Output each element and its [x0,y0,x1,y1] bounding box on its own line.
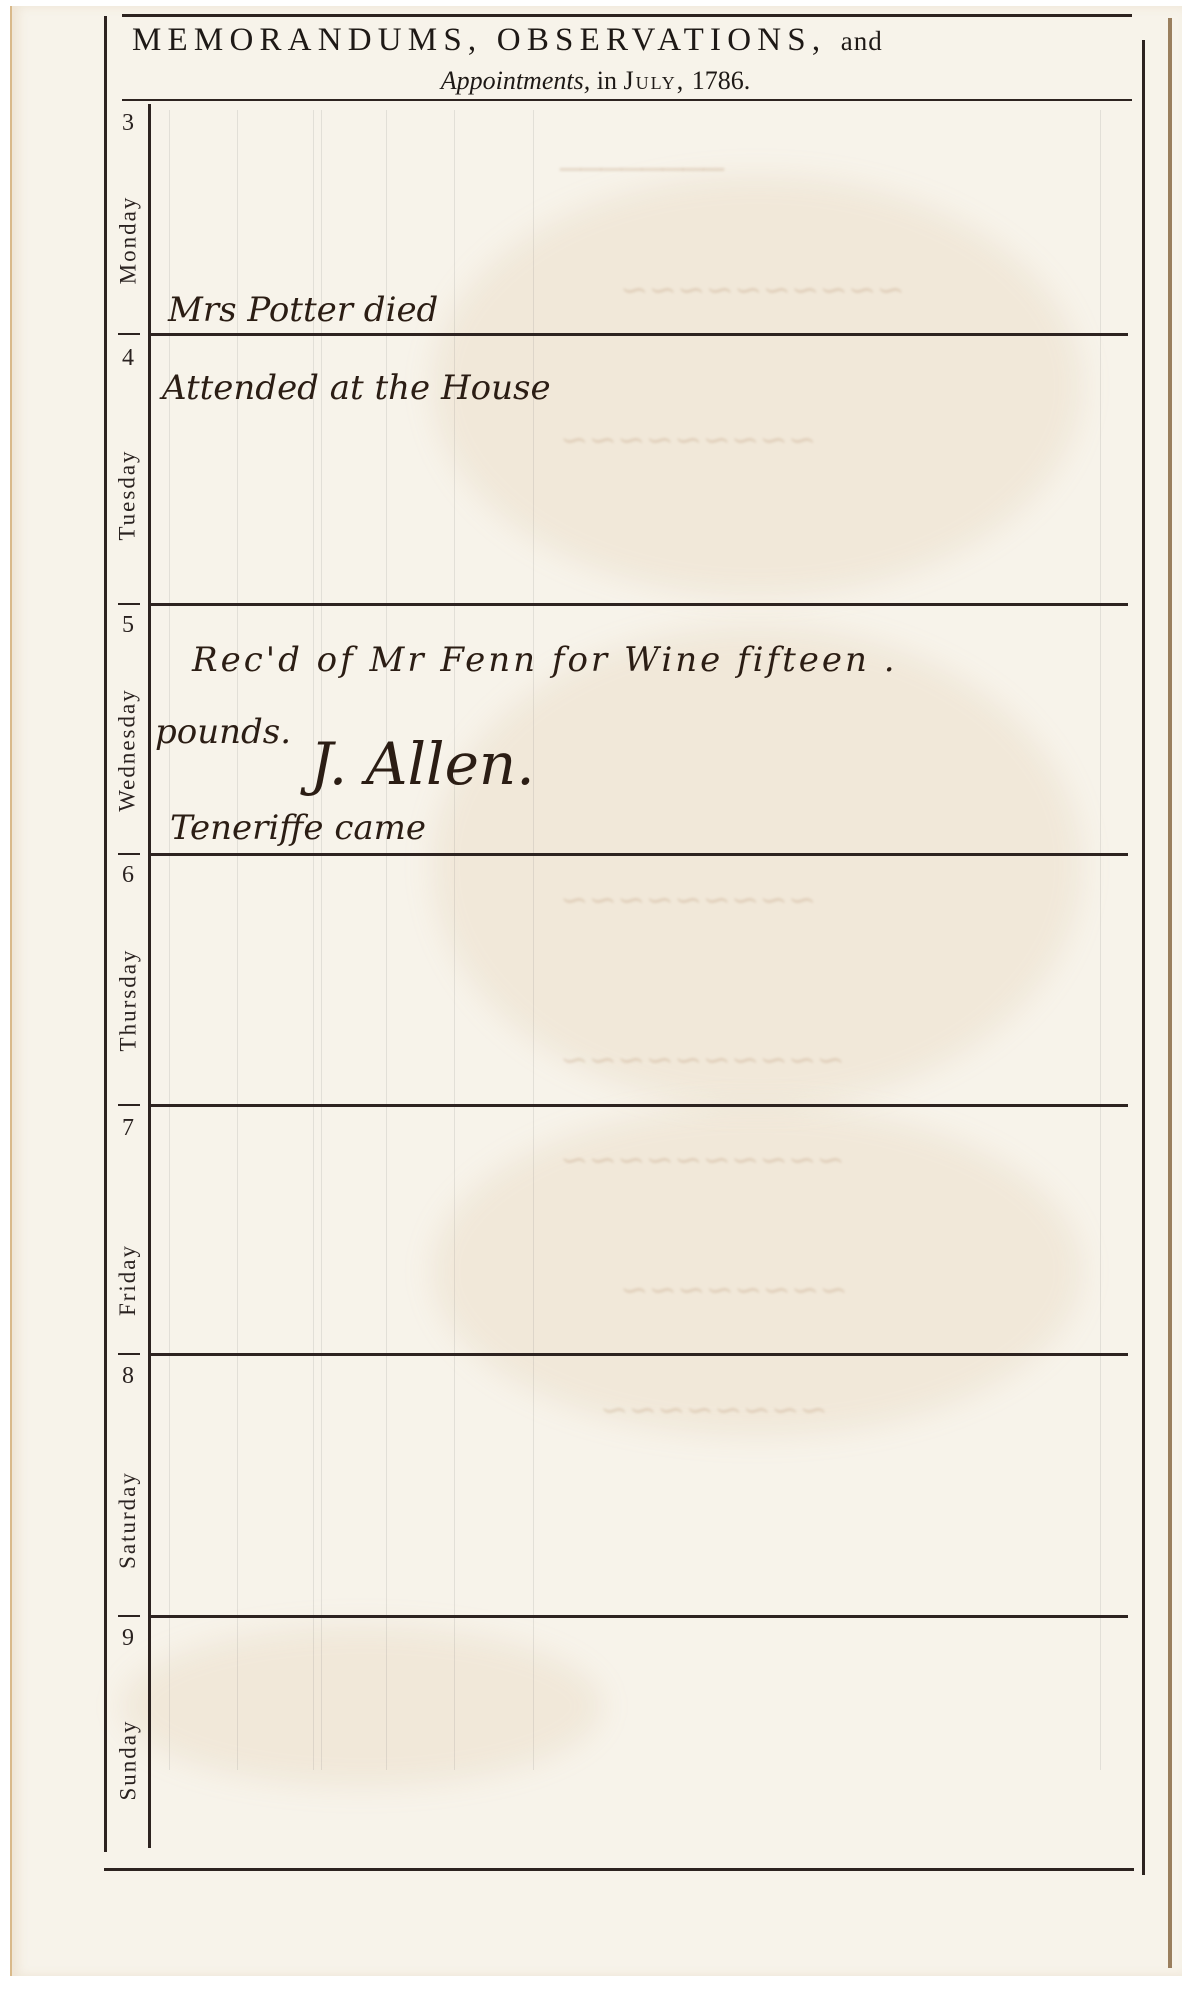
title-main: MEMORANDUMS, OBSERVATIONS, [132,22,826,58]
day-name: Thursday [108,910,148,1090]
ledger-column-line [237,110,238,1770]
day-name: Monday [108,150,148,330]
left-border [104,16,107,1852]
day-date: 8 [108,1363,148,1390]
ledger-column-line [321,110,322,1770]
day-name-label: Wednesday [115,688,141,811]
row-separator [150,853,1128,856]
day-date: 9 [108,1625,148,1652]
ledger-column-line [313,110,314,1770]
handwritten-entry: Mrs Potter died [168,290,438,330]
header-bottom-rule [122,99,1132,101]
row-separator [150,333,1128,336]
show-through-writing: ~~~~~~~~~~ [620,270,905,310]
day-name: Sunday [108,1670,148,1850]
show-through-writing: ~~~~~~~~ [600,1390,828,1430]
day-tick [118,333,140,335]
show-through-stain [122,1626,602,1786]
show-through-writing: ~~~~~~~~ [620,1270,848,1310]
handwritten-entry: Teneriffe came [170,808,426,848]
day-name: Wednesday [108,660,148,840]
ledger-column-line [533,110,534,1770]
day-date: 4 [108,345,148,372]
day-tick [118,1615,140,1617]
day-name-label: Sunday [115,1720,141,1801]
page-title: MEMORANDUMS, OBSERVATIONS, and [132,22,1132,59]
handwritten-entry: Attended at the House [162,368,551,408]
show-through-writing: ~~~~~~~~~~ [560,1140,845,1180]
show-through-writing: ~~~~~~~~~ [560,880,816,920]
ledger-column-line [1100,110,1101,1770]
show-through-writing: ~~~~~~~~~ [560,420,816,460]
row-separator [150,1615,1128,1618]
handwritten-entry: Rec'd of Mr Fenn for Wine fifteen . [192,640,898,680]
day-date: 7 [108,1115,148,1142]
ledger-column-line [386,110,387,1770]
day-tick [118,853,140,855]
row-separator [150,1104,1128,1107]
right-border [1142,40,1145,1875]
ledger-column-line [169,110,170,1770]
handwritten-signature: J. Allen. [310,730,535,798]
page-subtitle: Appointments, in July, 1786. [0,66,1191,96]
top-rule [122,14,1132,17]
title-and: and [841,26,883,56]
show-through-writing: ──────── [560,150,724,190]
bottom-rule [104,1868,1134,1871]
day-name-label: Tuesday [115,449,141,540]
ledger-column-line [454,110,455,1770]
day-date: 6 [108,862,148,889]
day-tick [118,603,140,605]
subtitle-in: in [597,66,617,95]
day-name-label: Thursday [115,949,141,1052]
row-separator [150,1353,1128,1356]
subtitle-year: 1786. [692,66,751,95]
day-name: Saturday [108,1430,148,1610]
show-through-stain [432,626,1082,1106]
day-name: Tuesday [108,405,148,585]
subtitle-appointments: Appointments, [441,66,591,95]
day-name: Friday [108,1190,148,1370]
day-name-label: Monday [115,196,141,285]
day-name-label: Saturday [115,1471,141,1569]
handwritten-entry: pounds. [155,712,291,752]
day-tick [118,1104,140,1106]
show-through-writing: ~~~~~~~~~~ [560,1040,845,1080]
day-column-divider [148,104,151,1848]
subtitle-month: July, [623,66,685,95]
day-name-label: Friday [115,1244,141,1316]
day-date: 5 [108,612,148,639]
row-separator [150,603,1128,606]
page-edge [1168,18,1172,1968]
day-date: 3 [108,110,148,137]
